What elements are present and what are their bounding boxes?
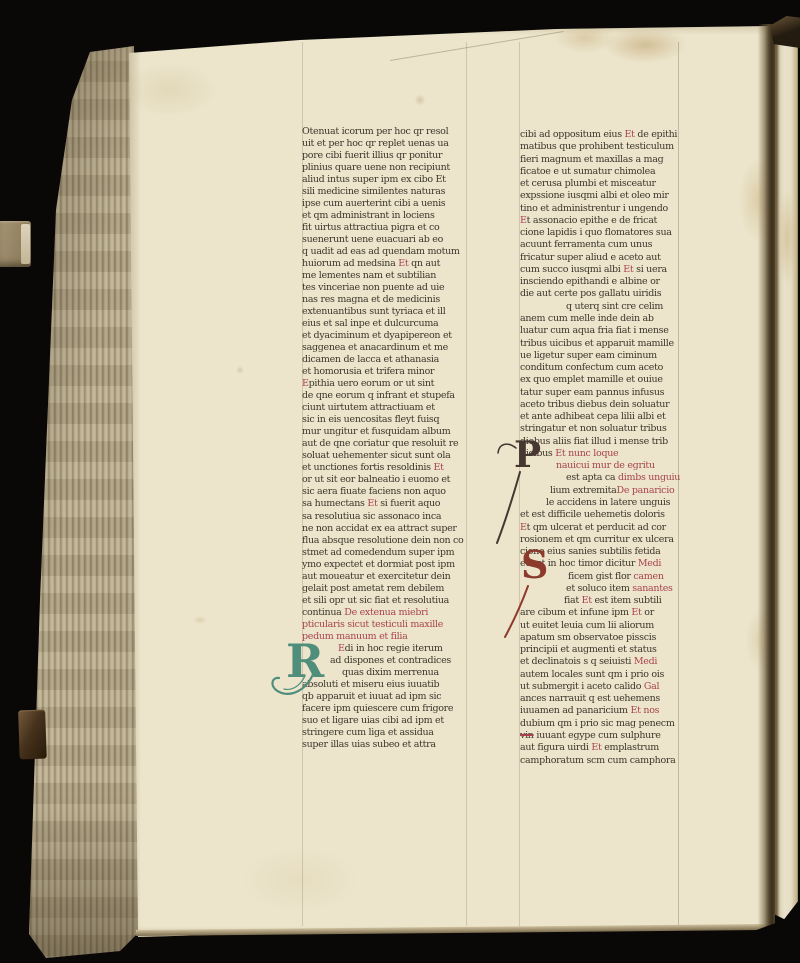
text-segment-ink: quas dixim merrenua	[342, 667, 439, 678]
manuscript-line: ficatoe e ut sumatur chimolea	[520, 166, 682, 178]
manuscript-line: est apta ca dimbs unguiu	[520, 472, 682, 484]
text-segment-ink: et declinatois s q seiuisti	[520, 656, 634, 667]
manuscript-line: are cibum et infune ipm Et or	[520, 607, 682, 619]
text-segment-ink: lium extremita	[550, 485, 617, 496]
manuscript-line: sa resolutiua sic assonaco inca	[302, 511, 470, 523]
text-segment-ink: expssione iusqmi albi et oleo mir	[520, 190, 669, 201]
text-segment-red: nauicui mur de egritu	[556, 460, 655, 471]
text-segment-ink: tes vinceriae non puente ad uie	[302, 282, 444, 293]
manuscript-line: mur ungitur et fusquidam album	[302, 426, 470, 438]
manuscript-line: uit et per hoc qr replet uenas ua	[302, 138, 470, 150]
text-segment-ink: matibus que prohibent testiculum	[520, 141, 674, 152]
manuscript-line: suenerunt uene euacuari ab eo	[302, 234, 470, 246]
text-segment-ink: sa humectans	[302, 498, 367, 509]
text-segment-ink: aceto tribus diebus dein soluatur	[520, 399, 669, 410]
text-segment-ink: insciendo epithandi e albine or	[520, 276, 660, 287]
text-segment-ink: dicamen de lacca et athanasia	[302, 354, 439, 365]
manuscript-line: et est difficile uehemetis doloris	[520, 509, 682, 521]
manuscript-line: aliud intus super ipm ex cibo Et	[302, 174, 470, 186]
text-segment-ink: si uera	[633, 264, 667, 275]
manuscript-line: ymo expectet et dormiat post ipm	[302, 559, 470, 571]
text-segment-ink: emplastrum	[602, 742, 660, 753]
manuscript-line: fit uirtus attractiua pigra et co	[302, 222, 470, 234]
text-segment-ink: et soluco item	[566, 583, 632, 594]
manuscript-line: acuunt ferramenta cum unus	[520, 239, 682, 251]
manuscript-line: diebus aliis fiat illud i mense trib	[520, 436, 682, 448]
text-segment-ink: uit et per hoc qr replet uenas ua	[302, 138, 449, 149]
manuscript-line: et ante adhibeat cepa lilii albi et	[520, 411, 682, 423]
text-segment-ink: conditum confectum cum aceto	[520, 362, 663, 373]
text-segment-red: E	[302, 378, 309, 389]
text-segment-ink: stringatur et non soluatur tribus	[520, 423, 667, 434]
text-column-left: Otenuat icorum per hoc qr resoluit et pe…	[302, 126, 470, 751]
text-segment-ink: sa resolutiua sic assonaco inca	[302, 511, 441, 522]
bookmark-tab-leather	[18, 710, 47, 760]
text-segment-ink: stringere cum liga et assidua	[302, 727, 434, 738]
text-segment-ink: tino et administrentur i ungendo	[520, 203, 668, 214]
manuscript-line: et sili opr ut sic fiat et resolutiua	[302, 595, 470, 607]
manuscript-line: principii et augmenti et status	[520, 644, 682, 656]
text-segment-ink: sili medicine similentes naturas	[302, 186, 445, 197]
text-segment-red: Et	[433, 462, 443, 473]
manuscript-line: conditum confectum cum aceto	[520, 362, 682, 374]
text-column-right: cibi ad oppositum eius Et de epithimatib…	[520, 129, 682, 767]
manuscript-line: suo et ligare uias cibi ad ipm et	[302, 715, 470, 727]
manuscript-line: luatur cum aqua fria fiat i mense	[520, 325, 682, 337]
text-segment-ink: et unctiones fortis resoldinis	[302, 462, 433, 473]
text-segment-ink: cum succo iusqmi albi	[520, 264, 623, 275]
manuscript-line: or ut sit eor balneatio i euomo et	[302, 474, 470, 486]
initial-R-green: R	[286, 638, 324, 684]
text-segment-ink: et est difficile uehemetis doloris	[520, 509, 665, 520]
text-segment-ink: et ante adhibeat cepa lilii albi et	[520, 411, 666, 422]
manuscript-line: pticularis sicut testiculi maxille	[302, 619, 470, 631]
text-segment-ink: fricatur super aliud e aceto aut	[520, 252, 661, 263]
manuscript-line: fieri magnum et maxillas a mag	[520, 154, 682, 166]
text-segment-red: De extenua miebri	[344, 607, 428, 618]
text-segment-ink: iuuamen ad panaricium	[520, 705, 631, 716]
manuscript-line: matibus que prohibent testiculum	[520, 141, 682, 153]
manuscript-line: ut submergit i aceto calido Gal	[520, 681, 682, 693]
manuscript-line: Edi in hoc regie iterum	[302, 643, 470, 655]
text-segment-ink: ad dispones et contradices	[330, 655, 451, 666]
manuscript-line: tino et administrentur i ungendo	[520, 203, 682, 215]
text-segment-red: Et	[623, 264, 633, 275]
text-segment-ink: anem cum melle inde dein ab	[520, 313, 654, 324]
text-segment-red: Gal	[644, 681, 659, 692]
text-segment-ink: ue ligetur super eam ciminum	[520, 350, 657, 361]
text-segment-ink: de qne eorum q infrant et stupefa	[302, 390, 455, 401]
text-segment-ink: flua absque resolutione dein non co	[302, 535, 463, 546]
text-segment-ink: sic in eis uencositas fleyt fuisq	[302, 414, 439, 425]
text-segment-ink: di in hoc regie iterum	[345, 643, 443, 654]
text-segment-ink: me lementes nam et subtilian	[302, 270, 436, 281]
facing-page-sliver	[775, 38, 798, 928]
text-segment-ink: ciunt uirtutem attractiuam et	[302, 402, 435, 413]
manuscript-line: et unctiones fortis resoldinis Et	[302, 462, 470, 474]
text-segment-ink: si fuerit aquo	[378, 498, 441, 509]
text-segment-ink: mur ungitur et fusquidam album	[302, 426, 450, 437]
text-segment-red: Et	[398, 258, 408, 269]
text-segment-red: pticularis sicut testiculi maxille	[302, 619, 443, 630]
manuscript-line: ue ligetur super eam ciminum	[520, 350, 682, 362]
text-segment-ink: ne non accidat ex ea attract super	[302, 523, 457, 534]
manuscript-line: sic aera fiuate faciens non aquo	[302, 486, 470, 498]
text-segment-red: E	[338, 643, 345, 654]
manuscript-line: aceto tribus diebus dein soluatur	[520, 399, 682, 411]
text-segment-red: Medi	[638, 558, 661, 569]
text-segment-ink: dubium qm i prio sic mag penecm	[520, 718, 675, 729]
text-segment-ink: fieri magnum et maxillas a mag	[520, 154, 663, 165]
text-segment-ink: gelait post ametat rem debilem	[302, 583, 444, 594]
manuscript-line: et cerusa plumbi et misceatur	[520, 178, 682, 190]
text-segment-red: Et	[631, 607, 641, 618]
text-segment-ink: est item subtili	[592, 595, 662, 606]
text-segment-ink: t assonacio epithe e de fricat	[527, 215, 657, 226]
manuscript-line: ances narrauit q est uehemens	[520, 693, 682, 705]
text-segment-ink: diebus aliis fiat illud i mense trib	[520, 436, 668, 447]
text-segment-ink: qn aut	[408, 258, 440, 269]
manuscript-line: fiat Et est item subtili	[520, 595, 682, 607]
manuscript-line: plinius quare uene non recipiunt	[302, 162, 470, 174]
text-segment-red: Et	[625, 129, 635, 140]
text-segment-ink: ficem gist flor	[568, 571, 633, 582]
text-segment-red: Et nos	[631, 705, 660, 716]
text-segment-ink: acuunt ferramenta cum unus	[520, 239, 652, 250]
manuscript-line: me lementes nam et subtilian	[302, 270, 470, 282]
manuscript-line: Epithia uero eorum or ut sint	[302, 378, 470, 390]
text-segment-ink: extenuantibus sunt tyriaca et ill	[302, 306, 445, 317]
manuscript-line: pedum manuum et filia	[302, 631, 470, 643]
manuscript-line: cibi ad oppositum eius Et de epithi	[520, 129, 682, 141]
manuscript-line: nas res magna et de medicinis	[302, 294, 470, 306]
manuscript-line: die aut certe pos gallatu uiridis	[520, 288, 682, 300]
text-segment-ink: facere ipm quiescere cum frigore	[302, 703, 453, 714]
manuscript-line: aut moueatur et exercitetur dein	[302, 571, 470, 583]
manuscript-line: tribus uicibus et apparuit mamille	[520, 338, 682, 350]
text-segment-ink: tatur super eam pannus infusus	[520, 387, 664, 398]
text-segment-red: Et	[367, 498, 377, 509]
manuscript-line: saggenea et anacardinum et me	[302, 342, 470, 354]
text-segment-ink: et sili opr ut sic fiat et resolutiua	[302, 595, 449, 606]
manuscript-line: q uterq sint cre celim	[520, 301, 682, 313]
manuscript-line: Et assonacio epithe e de fricat	[520, 215, 682, 227]
manuscript-line: gelait post ametat rem debilem	[302, 583, 470, 595]
text-segment-ink: super illas uias subeo et attra	[302, 739, 436, 750]
text-segment-red: Et	[591, 742, 601, 753]
text-segment-red: De panaricio	[617, 485, 675, 496]
manuscript-line: de qne eorum q infrant et stupefa	[302, 390, 470, 402]
text-segment-ink: apatum sm observatoe pisscis	[520, 632, 656, 643]
text-segment-ink: plinius quare uene non recipiunt	[302, 162, 450, 173]
text-segment-ink: or ut sit eor balneatio i euomo et	[302, 474, 450, 485]
text-segment-ink: nas res magna et de medicinis	[302, 294, 440, 305]
text-segment-red: Et nunc loque	[555, 448, 618, 459]
text-segment-ink: stmet ad comedendum super ipm	[302, 547, 454, 558]
manuscript-line: sic in eis uencositas fleyt fuisq	[302, 414, 470, 426]
manuscript-line: et homorusia et trifera minor	[302, 366, 470, 378]
manuscript-line: et dyaciminum et dyapipereon et	[302, 330, 470, 342]
page-edges-stack	[28, 44, 138, 960]
manuscript-line: ipse cum auerterint cibi a uenis	[302, 198, 470, 210]
manuscript-line: aut figura uirdi Et emplastrum	[520, 742, 682, 754]
text-segment-ink: ances narrauit q est uehemens	[520, 693, 660, 704]
text-segment-ink: t qm ulcerat et perducit ad cor	[527, 522, 666, 533]
manuscript-line: fricatur super aliud e aceto aut	[520, 252, 682, 264]
manuscript-line: nauicui mur de egritu	[520, 460, 682, 472]
text-segment-ink: camphoratum scm cum camphora	[520, 755, 676, 766]
manuscript-line: insciendo epithandi e albine or	[520, 276, 682, 288]
manuscript-line: facere ipm quiescere cum frigore	[302, 703, 470, 715]
text-segment-ink: ymo expectet et dormiat post ipm	[302, 559, 455, 570]
manuscript-line: ut euitet leuia cum lii aliorum	[520, 620, 682, 632]
manuscript-line: dubium qm i prio sic mag penecm	[520, 718, 682, 730]
text-segment-ink: et dyaciminum et dyapipereon et	[302, 330, 452, 341]
text-segment-red: E	[520, 522, 527, 533]
manuscript-line: cione lapidis i quo flomatores sua	[520, 227, 682, 239]
manuscript-line: dicamen de lacca et athanasia	[302, 354, 470, 366]
manuscript-line: anem cum melle inde dein ab	[520, 313, 682, 325]
manuscript-line: qb apparuit et iuuat ad ipm sic	[302, 691, 470, 703]
text-segment-ink: suenerunt uene euacuari ab eo	[302, 234, 443, 245]
text-segment-ink: suo et ligare uias cibi ad ipm et	[302, 715, 444, 726]
manuscript-line: cum succo iusqmi albi Et si uera	[520, 264, 682, 276]
text-segment-ink: le accidens in latere unguis	[546, 497, 670, 508]
text-segment-red: camen	[633, 571, 663, 582]
text-segment-ink: cione lapidis i quo flomatores sua	[520, 227, 672, 238]
manuscript-line: vin iuuant egype cum sulphure	[520, 730, 682, 742]
manuscript-line: autem locales sunt qm i prio ois	[520, 669, 682, 681]
manuscript-line: eius et sal inpe et dulcurcuma	[302, 318, 470, 330]
text-segment-red: sanantes	[632, 583, 672, 594]
manuscript-line: et declinatois s q seiuisti Medi	[520, 656, 682, 668]
text-segment-red: Medi	[634, 656, 657, 667]
manuscript-line: ciunt uirtutem attractiuam et	[302, 402, 470, 414]
text-segment-ink: eius et sal inpe et dulcurcuma	[302, 318, 438, 329]
text-segment-ink: est apta ca	[566, 472, 618, 483]
gutter-shadow	[758, 24, 775, 929]
text-segment-ink: qb apparuit et iuuat ad ipm sic	[302, 691, 441, 702]
manuscript-line: le accidens in latere unguis	[520, 497, 682, 509]
text-segment-ink: aut figura uirdi	[520, 742, 591, 753]
manuscript-line: Otenuat icorum per hoc qr resol	[302, 126, 470, 138]
text-segment-ink: ex quo emplet mamille et ouiue	[520, 374, 663, 385]
text-segment-ink: aliud intus super ipm ex cibo Et	[302, 174, 446, 185]
manuscript-line: expssione iusqmi albi et oleo mir	[520, 190, 682, 202]
text-segment-ink: q uterq sint cre celim	[566, 301, 663, 312]
text-segment-strike: vin	[520, 730, 534, 741]
manuscript-line: absoluti et miseru eius iuuatib	[302, 679, 470, 691]
manuscript-line: ne non accidat ex ea attract super	[302, 523, 470, 535]
manuscript-line: q uadit ad eas ad quendam motum	[302, 246, 470, 258]
manuscript-line: apatum sm observatoe pisscis	[520, 632, 682, 644]
text-segment-ink: de epithi	[635, 129, 677, 140]
text-segment-ink: huiorum ad medsina	[302, 258, 398, 269]
text-segment-red: E	[520, 215, 527, 226]
text-segment-ink: principii et augmenti et status	[520, 644, 657, 655]
text-segment-ink: et cerusa plumbi et misceatur	[520, 178, 656, 189]
text-segment-ink: sic aera fiuate faciens non aquo	[302, 486, 446, 497]
text-segment-ink: ipse cum auerterint cibi a uenis	[302, 198, 445, 209]
text-segment-ink: pore cibi fuerit illius qr ponitur	[302, 150, 442, 161]
text-segment-ink: soluat uehementer sicut sunt ola	[302, 450, 450, 461]
manuscript-line: flua absque resolutione dein non co	[302, 535, 470, 547]
text-segment-ink: cibi ad oppositum eius	[520, 129, 625, 140]
manuscript-line: camphoratum scm cum camphora	[520, 755, 682, 767]
manuscript-line: stringatur et non soluatur tribus	[520, 423, 682, 435]
text-segment-ink: ficatoe e ut sumatur chimolea	[520, 166, 655, 177]
manuscript-photo: Otenuat icorum per hoc qr resoluit et pe…	[0, 0, 800, 963]
text-segment-ink: or	[642, 607, 654, 618]
text-segment-ink: q uadit ad eas ad quendam motum	[302, 246, 460, 257]
manuscript-line: et qm administrant in lociens	[302, 210, 470, 222]
text-segment-ink: et qm administrant in lociens	[302, 210, 435, 221]
text-segment-red: dimbs unguiu	[618, 472, 680, 483]
manuscript-line: ex quo emplet mamille et ouiue	[520, 374, 682, 386]
text-segment-ink: aut de qne coriatur que resoluit re	[302, 438, 458, 449]
text-segment-ink: ut euitet leuia cum lii aliorum	[520, 620, 654, 631]
manuscript-line: Et qm ulcerat et perducit ad cor	[520, 522, 682, 534]
manuscript-line: lium extremitaDe panaricio	[520, 485, 682, 497]
text-segment-ink: fiat	[564, 595, 582, 606]
text-segment-ink: luatur cum aqua fria fiat i mense	[520, 325, 669, 336]
manuscript-line: pore cibi fuerit illius qr ponitur	[302, 150, 470, 162]
manuscript-line: ad dispones et contradices	[302, 655, 470, 667]
manuscript-line: quas dixim merrenua	[302, 667, 470, 679]
manuscript-line: aut de qne coriatur que resoluit re	[302, 438, 470, 450]
manuscript-line: uicibus Et nunc loque	[520, 448, 682, 460]
text-segment-ink: continua	[302, 607, 344, 618]
text-segment-ink: tribus uicibus et apparuit mamille	[520, 338, 674, 349]
manuscript-line: iuuamen ad panaricium Et nos	[520, 705, 682, 717]
text-segment-ink: iuuant egype cum sulphure	[534, 730, 661, 741]
manuscript-line: sa humectans Et si fuerit aquo	[302, 498, 470, 510]
text-segment-ink: saggenea et anacardinum et me	[302, 342, 448, 353]
manuscript-line: tes vinceriae non puente ad uie	[302, 282, 470, 294]
text-segment-ink: autem locales sunt qm i prio ois	[520, 669, 664, 680]
manuscript-line: extenuantibus sunt tyriaca et ill	[302, 306, 470, 318]
manuscript-line: tatur super eam pannus infusus	[520, 387, 682, 399]
manuscript-line: stmet ad comedendum super ipm	[302, 547, 470, 559]
initial-S-maroon: S	[521, 546, 548, 584]
manuscript-line: super illas uias subeo et attra	[302, 739, 470, 751]
manuscript-line: sili medicine similentes naturas	[302, 186, 470, 198]
text-segment-ink: et homorusia et trifera minor	[302, 366, 434, 377]
bookmark-tab-highlight	[21, 224, 30, 264]
binding-corner	[770, 16, 800, 48]
initial-P-brown: P	[514, 437, 541, 473]
text-segment-ink: pithia uero eorum or ut sint	[309, 378, 435, 389]
manuscript-line: stringere cum liga et assidua	[302, 727, 470, 739]
manuscript-line: huiorum ad medsina Et qn aut	[302, 258, 470, 270]
text-segment-red: Et	[582, 595, 592, 606]
text-segment-ink: fit uirtus attractiua pigra et co	[302, 222, 439, 233]
text-segment-ink: aut moueatur et exercitetur dein	[302, 571, 450, 582]
text-segment-ink: Otenuat icorum per hoc qr resol	[302, 126, 448, 137]
manuscript-line: continua De extenua miebri	[302, 607, 470, 619]
text-segment-ink: ut submergit i aceto calido	[520, 681, 644, 692]
text-segment-ink: die aut certe pos gallatu uiridis	[520, 288, 661, 299]
manuscript-line: soluat uehementer sicut sunt ola	[302, 450, 470, 462]
text-segment-ink: are cibum et infune ipm	[520, 607, 631, 618]
